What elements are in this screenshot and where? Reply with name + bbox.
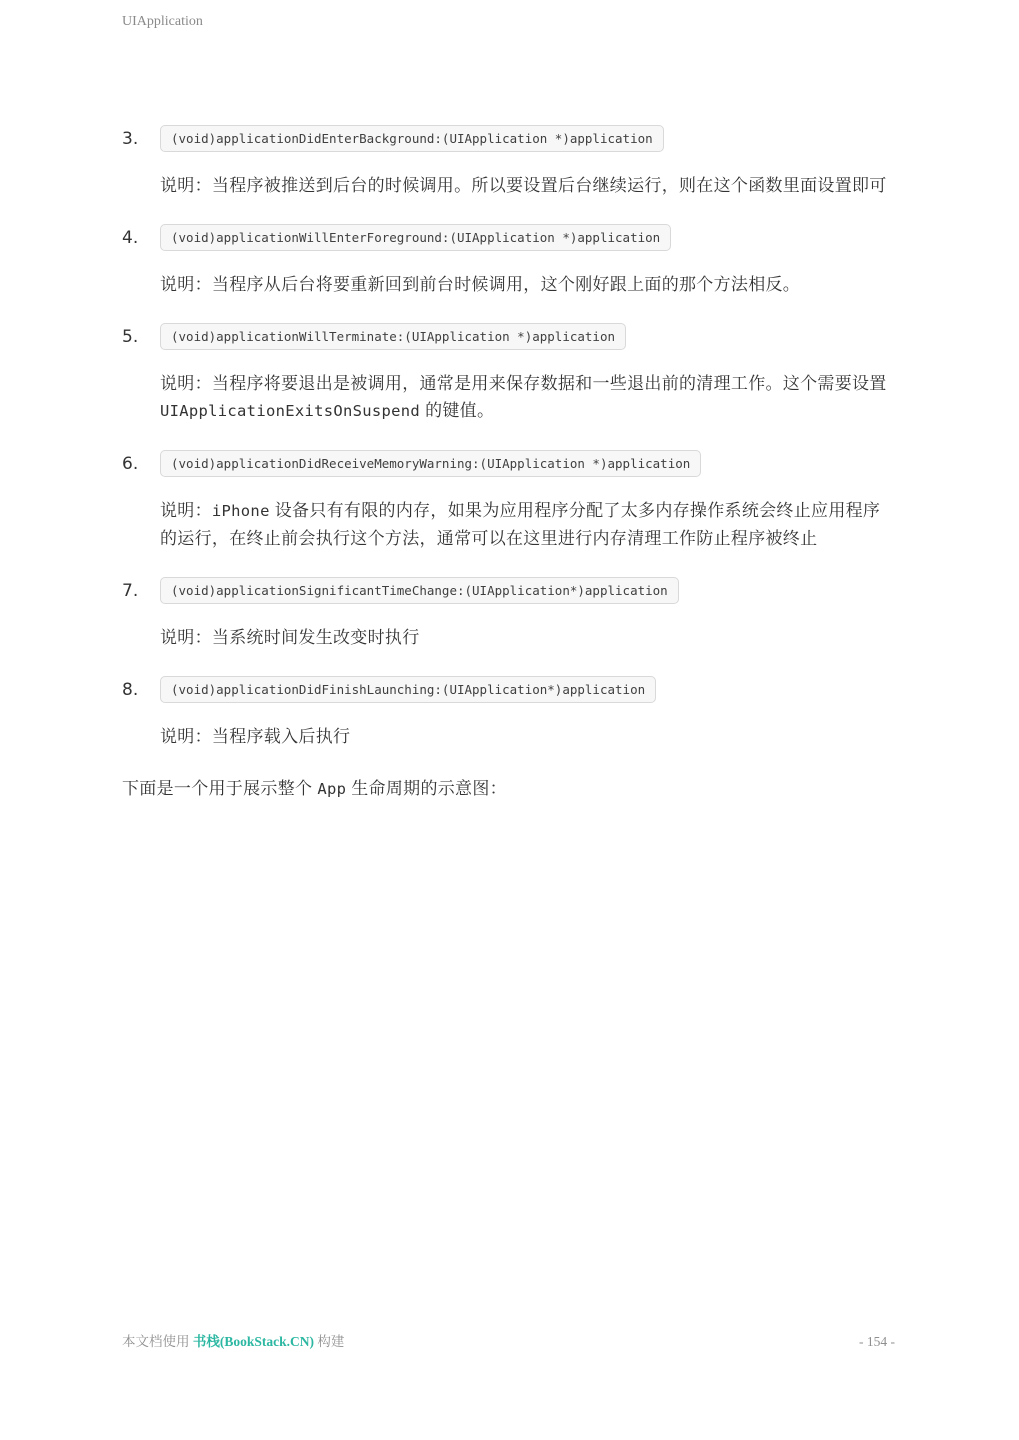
page-header: UIApplication <box>0 0 1019 30</box>
document-page: { "page": { "header_title": "UIApplicati… <box>0 0 1019 1440</box>
method-list: 3. (void)applicationDidEnterBackground:(… <box>122 125 895 750</box>
item-number: 7. <box>122 581 160 601</box>
code-box: (void)applicationSignificantTimeChange:(… <box>160 577 679 604</box>
page-footer: 本文档使用 书栈(BookStack.CN) 构建 - 154 - <box>122 1330 895 1350</box>
list-item: 6. (void)applicationDidReceiveMemoryWarn… <box>122 450 895 552</box>
closing-text: 下面是一个用于展示整个 <box>122 779 317 798</box>
item-description: 说明：当系统时间发生改变时执行 <box>160 624 895 651</box>
item-number: 4. <box>122 228 160 248</box>
description-text: 说明：当程序将要退出是被调用，通常是用来保存数据和一些退出前的清理工作。这个需要… <box>160 374 887 393</box>
item-description: 说明：当程序载入后执行 <box>160 723 895 750</box>
code-box: (void)applicationDidEnterBackground:(UIA… <box>160 125 664 152</box>
item-number: 8. <box>122 680 160 700</box>
page-content: 3. (void)applicationDidEnterBackground:(… <box>0 125 1019 803</box>
code-row: 6. (void)applicationDidReceiveMemoryWarn… <box>122 450 895 477</box>
page-header-title: UIApplication <box>122 14 203 29</box>
bookstack-link[interactable]: 书栈(BookStack.CN) <box>193 1334 314 1349</box>
code-box: (void)applicationWillTerminate:(UIApplic… <box>160 323 626 350</box>
list-item: 4. (void)applicationWillEnterForeground:… <box>122 224 895 298</box>
code-box: (void)applicationWillEnterForeground:(UI… <box>160 224 671 251</box>
description-text: 说明：当系统时间发生改变时执行 <box>160 628 420 647</box>
item-description: 说明：iPhone 设备只有有限的内存，如果为应用程序分配了太多内存操作系统会终… <box>160 497 895 552</box>
item-number: 6. <box>122 454 160 474</box>
closing-inline-code: App <box>317 780 346 798</box>
code-box: (void)applicationDidReceiveMemoryWarning… <box>160 450 701 477</box>
item-description: 说明：当程序将要退出是被调用，通常是用来保存数据和一些退出前的清理工作。这个需要… <box>160 370 895 425</box>
code-box: (void)applicationDidFinishLaunching:(UIA… <box>160 676 656 703</box>
description-text: 说明：当程序载入后执行 <box>160 727 350 746</box>
list-item: 5. (void)applicationWillTerminate:(UIApp… <box>122 323 895 425</box>
description-text: 的键值。 <box>420 401 494 420</box>
footer-text: 本文档使用 <box>122 1334 193 1349</box>
closing-text: 生命周期的示意图： <box>346 779 507 798</box>
code-row: 7. (void)applicationSignificantTimeChang… <box>122 577 895 604</box>
inline-code: UIApplicationExitsOnSuspend <box>160 402 420 420</box>
code-row: 4. (void)applicationWillEnterForeground:… <box>122 224 895 251</box>
inline-code: iPhone <box>212 502 270 520</box>
item-number: 5. <box>122 327 160 347</box>
description-text: 说明：当程序从后台将要重新回到前台时候调用，这个刚好跟上面的那个方法相反。 <box>160 275 800 294</box>
description-text: 说明：当程序被推送到后台的时候调用。所以要设置后台继续运行，则在这个函数里面设置… <box>160 176 887 195</box>
item-description: 说明：当程序被推送到后台的时候调用。所以要设置后台继续运行，则在这个函数里面设置… <box>160 172 895 199</box>
item-description: 说明：当程序从后台将要重新回到前台时候调用，这个刚好跟上面的那个方法相反。 <box>160 271 895 298</box>
list-item: 8. (void)applicationDidFinishLaunching:(… <box>122 676 895 750</box>
page-number: - 154 - <box>859 1334 895 1350</box>
list-item: 7. (void)applicationSignificantTimeChang… <box>122 577 895 651</box>
footer-text: 构建 <box>314 1334 344 1349</box>
code-row: 3. (void)applicationDidEnterBackground:(… <box>122 125 895 152</box>
code-row: 5. (void)applicationWillTerminate:(UIApp… <box>122 323 895 350</box>
code-row: 8. (void)applicationDidFinishLaunching:(… <box>122 676 895 703</box>
closing-paragraph: 下面是一个用于展示整个 App 生命周期的示意图： <box>122 775 895 803</box>
list-item: 3. (void)applicationDidEnterBackground:(… <box>122 125 895 199</box>
footer-build-note: 本文档使用 书栈(BookStack.CN) 构建 <box>122 1330 344 1350</box>
item-number: 3. <box>122 129 160 149</box>
description-text: 说明： <box>160 501 212 520</box>
